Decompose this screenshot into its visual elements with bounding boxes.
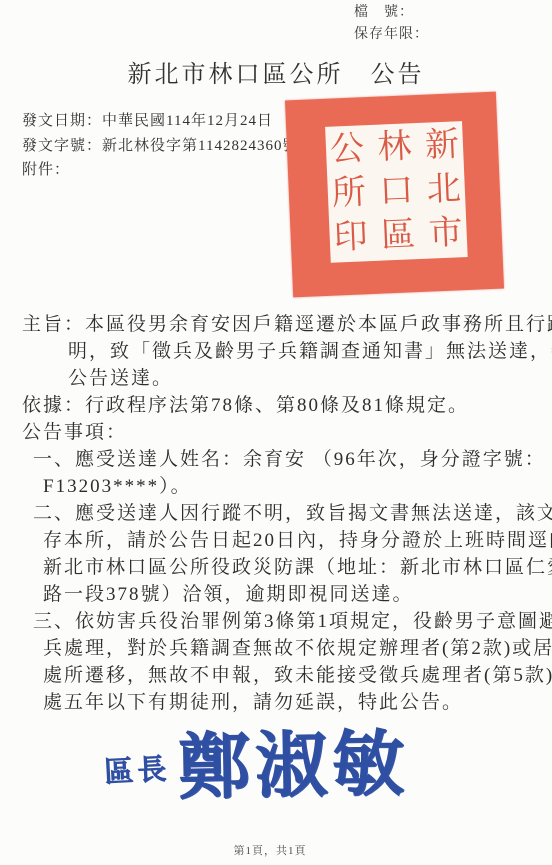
body-line: 二、應受送達人因行蹤不明，致旨揭文書無法送達，該文書暫 — [22, 500, 538, 527]
body-line: 公告送達。 — [22, 365, 538, 392]
seal-glyph: 林 — [377, 125, 413, 170]
body-line: 明，致「徵兵及齡男子兵籍調查通知書」無法送達，特此 — [22, 338, 538, 365]
body-line: 處所遷移，無故不申報，致未能接受徵兵處理者(第5款)， — [22, 662, 538, 689]
signer-name: 鄭淑敏 — [177, 724, 409, 808]
retention-period-label: 保存年限： — [354, 24, 429, 46]
seal-glyph: 印 — [333, 215, 369, 260]
seal-column: 新北市 — [424, 123, 463, 256]
seal-glyph: 市 — [428, 211, 464, 256]
body-line: 主旨：本區役男余育安因戶籍逕遷於本區戶政事務所且行蹤不 — [22, 311, 538, 338]
document-meta: 發文日期：中華民國114年12月24日 發文字號：新北林役字第114282436… — [22, 109, 298, 183]
seal-column: 公所印 — [329, 127, 368, 260]
attachment-label: 附件： — [22, 158, 298, 183]
district-office-seal: 公所印林口區新北市 — [285, 92, 504, 298]
seal-glyph: 北 — [426, 167, 462, 212]
signer-title: 區長 — [103, 746, 171, 790]
seal-glyph: 區 — [380, 213, 416, 258]
body-line: F13203****）。 — [22, 473, 538, 500]
seal-inner: 公所印林口區新北市 — [325, 121, 468, 263]
seal-glyph: 口 — [378, 169, 414, 214]
file-header: 檔 號： 保存年限： — [354, 2, 429, 46]
seal-glyph: 公 — [329, 127, 365, 172]
file-number-label: 檔 號： — [354, 2, 429, 24]
document-number: 發文字號：新北林役字第1142824360號 — [22, 134, 298, 159]
body-line: 路一段378號）洽領，逾期即視同送達。 — [22, 581, 538, 608]
body-text: 主旨：本區役男余育安因戶籍逕遷於本區戶政事務所且行蹤不明，致「徵兵及齡男子兵籍調… — [22, 311, 538, 716]
body-line: 兵處理，對於兵籍調查無故不依規定辦理者(第2款)或居住 — [22, 635, 538, 662]
page-title: 新北市林口區公所 公告 — [0, 54, 552, 89]
body-line: 依據：行政程序法第78條、第80條及81條規定。 — [22, 392, 538, 419]
seal-glyph: 新 — [424, 123, 460, 168]
body-line: 三、依妨害兵役治罪例第3條第1項規定，役齡男子意圖避免徵 — [22, 608, 538, 635]
body-line: 存本所，請於公告日起20日內，持身分證於上班時間逕向 — [22, 527, 538, 554]
body-line: 一、應受送達人姓名：余育安 （96年次，身分證字號： — [22, 446, 538, 473]
page-number: 第1頁，共1頁 — [0, 842, 540, 858]
scanned-document-page: 檔 號： 保存年限： 新北市林口區公所 公告 發文日期：中華民國114年12月2… — [0, 0, 552, 865]
body-line: 公告事項： — [22, 419, 538, 446]
seal-glyph: 所 — [331, 171, 367, 216]
seal-column: 林口區 — [377, 125, 416, 258]
body-line: 新北市林口區公所役政災防課（地址：新北市林口區仁愛 — [22, 554, 538, 581]
issue-date: 發文日期：中華民國114年12月24日 — [22, 109, 298, 134]
body-line: 處五年以下有期徒刑，請勿延誤，特此公告。 — [22, 689, 538, 716]
signature-stamp: 區長 鄭淑敏 — [104, 726, 444, 818]
